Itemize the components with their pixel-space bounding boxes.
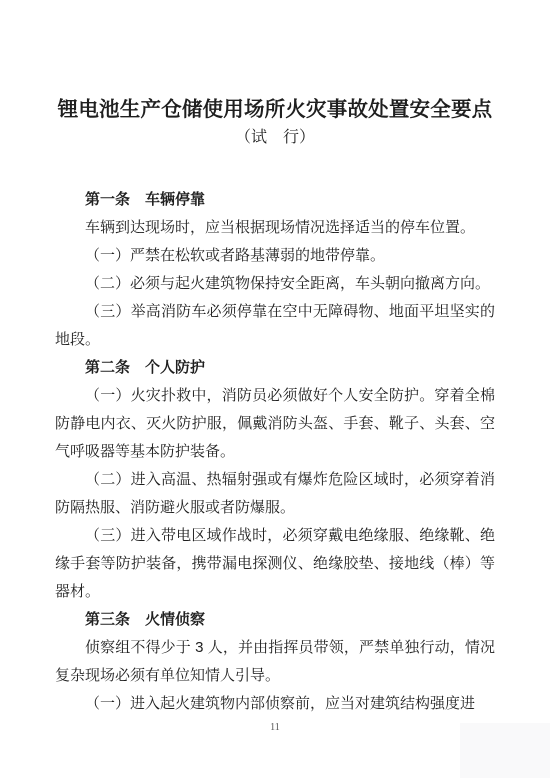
paragraph: （一）严禁在松软或者路基薄弱的地带停靠。 [55,242,495,270]
paragraph: （二）必须与起火建筑物保持安全距离，车头朝向撤离方向。 [55,270,495,298]
paragraph: （一）进入起火建筑物内部侦察前，应当对建筑结构强度进 [55,690,495,718]
document-title: 锂电池生产仓储使用场所火灾事故处置安全要点 [55,96,495,124]
section-heading-article-1: 第一条 车辆停靠 [55,186,495,214]
paragraph: （三）举高消防车必须停靠在空中无障碍物、地面平坦坚实的地段。 [55,298,495,354]
paragraph: 车辆到达现场时，应当根据现场情况选择适当的停车位置。 [55,214,495,242]
page-number: 11 [55,721,495,735]
section-heading-article-3: 第三条 火情侦察 [55,606,495,634]
document-subtitle: （试 行） [55,124,495,152]
paragraph: （二）进入高温、热辐射强或有爆炸危险区域时，必须穿着消防隔热服、消防避火服或者防… [55,466,495,522]
paragraph: 侦察组不得少于 3 人，并由指挥员带领，严禁单独行动，情况复杂现场必须有单位知情… [55,634,495,690]
document-page: 锂电池生产仓储使用场所火灾事故处置安全要点 （试 行） 第一条 车辆停靠 车辆到… [0,0,550,778]
section-heading-article-2: 第二条 个人防护 [55,354,495,382]
paragraph: （一）火灾扑救中，消防员必须做好个人安全防护。穿着全棉防静电内衣、灭火防护服，佩… [55,382,495,466]
document-body: 第一条 车辆停靠 车辆到达现场时，应当根据现场情况选择适当的停车位置。 （一）严… [55,186,495,718]
paragraph: （三）进入带电区域作战时，必须穿戴电绝缘服、绝缘靴、绝缘手套等防护装备，携带漏电… [55,522,495,606]
